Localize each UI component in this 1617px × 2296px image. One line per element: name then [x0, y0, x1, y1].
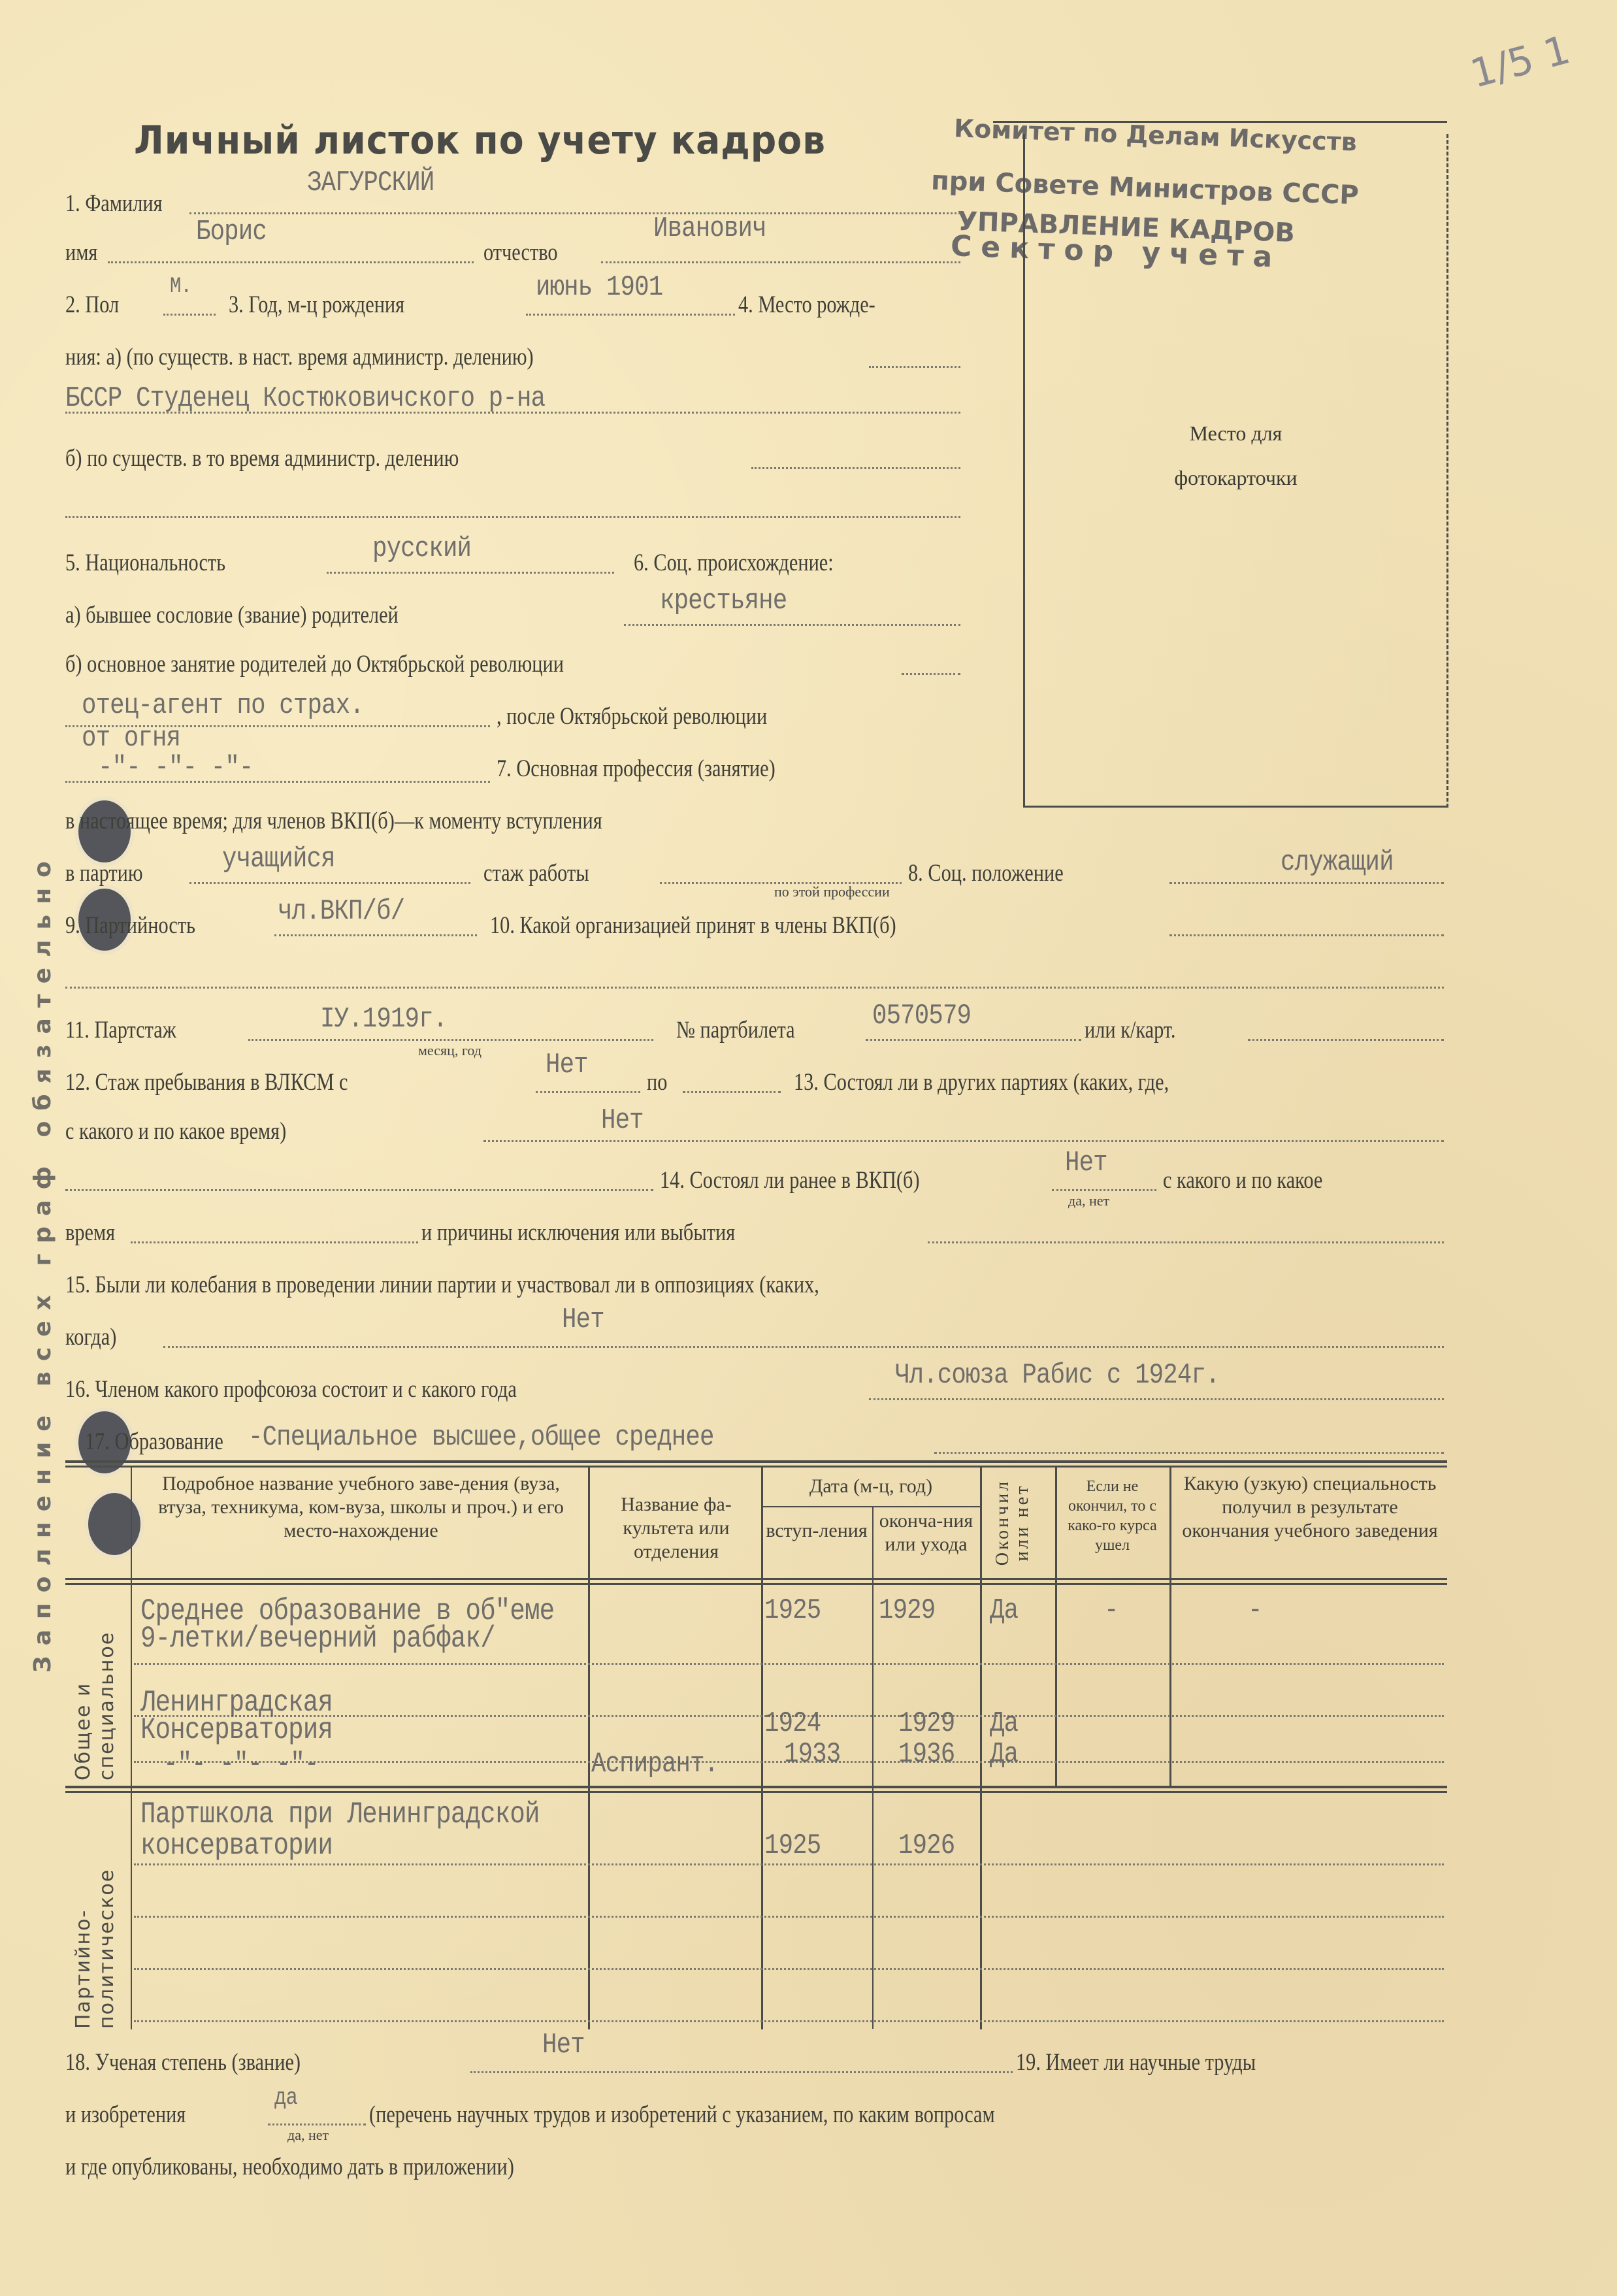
cell-entry: 1924 [764, 1707, 821, 1740]
header-exit: оконча-ния или ухода [875, 1509, 977, 1556]
section-label-political: Партийно-политическое [72, 1807, 119, 2029]
label-previous-vkpb-2: с какого и по какое [1163, 1166, 1322, 1194]
value-party-card: 0570579 [872, 1000, 971, 1032]
value-party: чл.ВКП/б/ [278, 895, 404, 928]
cell-finished: Да [990, 1738, 1018, 1771]
form-title: Личный листок по учету кадров [134, 118, 826, 163]
label-previous-vkpb: 14. Состоял ли ранее в ВКП(б) [660, 1166, 920, 1194]
label-previous-vkpb-3: время [65, 1219, 115, 1247]
value-parents-occupation-2: от огня [82, 722, 180, 755]
label-profession-2: в настоящее время; для членов ВКП(б)—к м… [65, 807, 602, 835]
label-party-card: № партбилета [676, 1016, 795, 1044]
label-estate: а) бывшее сословие (звание) родителей [65, 601, 399, 629]
photo-box: Место для фотокарточки [1023, 134, 1448, 808]
label-inventions-sub: да, нет [287, 2127, 329, 2144]
education-table: Подробное название учебного заве-дения (… [65, 1460, 1447, 2035]
label-patronymic: отчество [483, 238, 558, 267]
value-oppositions: Нет [562, 1304, 604, 1336]
cell-finished: Да [990, 1707, 1018, 1740]
label-komsomol: 12. Стаж пребывания в ВЛКСМ с [65, 1068, 348, 1096]
label-parents-occupation: б) основное занятие родителей до Октябрь… [65, 650, 564, 678]
label-trade-union: 16. Членом какого профсоюза состоит и с … [65, 1375, 517, 1403]
value-other-parties: Нет [601, 1104, 644, 1137]
value-after-revolution: -"- -"- -"- [98, 751, 253, 784]
label-profession: 7. Основная профессия (занятие) [497, 755, 776, 783]
value-trade-union: Чл.союза Рабис с 1924г. [895, 1359, 1220, 1392]
label-previous-vkpb-4: и причины исключения или выбытия [421, 1219, 735, 1247]
header-course-left: Если не окончил, то с како-го курса ушел [1058, 1477, 1166, 1555]
label-inventions: и изобретения [65, 2101, 186, 2129]
label-after-revolution: , после Октябрьской революции [497, 702, 767, 730]
value-previous-vkpb: Нет [1065, 1147, 1107, 1179]
value-sex: М. [170, 274, 191, 299]
cell-faculty: Аспирант. [591, 1748, 718, 1780]
label-party-tenure: 11. Партстаж [65, 1016, 176, 1044]
value-inventions: да [274, 2084, 297, 2111]
value-patronymic: Иванович [653, 212, 766, 245]
photo-box-line-2: фотокарточки [1025, 466, 1446, 490]
cell-entry: 1933 [784, 1738, 840, 1771]
value-name: Борис [196, 216, 267, 248]
label-komsomol-to: по [647, 1068, 667, 1096]
cell-entry: 1925 [764, 1829, 821, 1862]
corner-note: 1/5 1 [1466, 27, 1575, 97]
value-komsomol: Нет [546, 1049, 588, 1081]
cell-institution: Среднее образование в об"еме 9-летки/веч… [140, 1598, 574, 1652]
cell-exit: 1929 [898, 1707, 955, 1740]
section-label-general: Общее и специальное [72, 1584, 119, 1780]
label-sex: 2. Пол [65, 291, 119, 319]
label-social-status: 8. Соц. положение [908, 859, 1064, 887]
cell-specialty: - [1248, 1594, 1262, 1627]
cell-exit: 1926 [898, 1829, 955, 1862]
value-party-tenure: IУ.1919г. [320, 1003, 447, 1036]
label-birth-place-a: ния: а) (по существ. в наст. время админ… [65, 343, 534, 371]
cell-exit: 1929 [879, 1594, 935, 1627]
label-accepting-org: 10. Какой организацией принят в члены ВК… [490, 911, 896, 940]
value-nationality: русский [372, 533, 471, 565]
cell-institution: Ленинградская Консерватория [140, 1689, 529, 1744]
cell-exit: 1936 [898, 1738, 955, 1771]
value-academic-degree: Нет [542, 2029, 585, 2061]
label-work-experience: стаж работы [483, 859, 589, 887]
value-birth-date: июнь 1901 [536, 271, 662, 304]
document-page: 1/5 1 Заполнение всех граф обязательно Л… [0, 0, 1617, 2296]
label-oppositions: 15. Были ли колебания в проведении линии… [65, 1271, 819, 1299]
photo-box-line-1: Место для [1025, 421, 1446, 446]
label-nationality: 5. Национальность [65, 549, 225, 577]
label-oppositions-2: когда) [65, 1323, 116, 1351]
label-party-tenure-sub: месяц, год [418, 1042, 482, 1059]
label-inventions-3: (перечень научных трудов и изобретений с… [369, 2101, 995, 2129]
value-education: -Специальное высшее,общее среднее [248, 1421, 714, 1454]
label-scientific-works: 19. Имеет ли научные труды [1016, 2048, 1256, 2076]
header-entry: вступ-ления [764, 1519, 869, 1543]
label-birth-date: 3. Год, м-ц рождения [229, 291, 404, 319]
label-education: 17. Образование [85, 1428, 223, 1456]
cell-finished: Да [990, 1594, 1018, 1627]
label-previous-vkpb-sub: да, нет [1068, 1192, 1109, 1209]
header-faculty: Название фа-культета или отделения [595, 1493, 758, 1564]
label-profession-3: в партию [65, 859, 143, 887]
value-surname: ЗАГУРСКИЙ [307, 167, 434, 199]
header-date: Дата (м-ц, год) [763, 1475, 979, 1498]
label-other-parties: 13. Состоял ли в других партиях (каких, … [794, 1068, 1169, 1096]
side-note: Заполнение всех граф обязательно [29, 851, 56, 1673]
label-birth-place-b: б) по существ. в то время администр. дел… [65, 444, 459, 472]
header-institution: Подробное название учебного заве-дения (… [137, 1472, 585, 1543]
cell-entry: 1925 [764, 1594, 821, 1627]
label-academic-degree: 18. Ученая степень (звание) [65, 2048, 301, 2076]
cell-course-left: - [1104, 1594, 1119, 1627]
cell-institution: -"- -"- -"- [163, 1748, 319, 1780]
value-estate: крестьяне [660, 585, 787, 617]
value-birth-place-a: БССР Студенец Костюковичского р-на [65, 382, 545, 415]
label-social-origin: 6. Соц. происхождение: [634, 549, 834, 577]
header-specialty: Какую (узкую) специальность получил в ре… [1176, 1472, 1444, 1543]
header-finished: Окончил или нет [993, 1470, 1032, 1575]
label-candidate-card: или к/карт. [1085, 1016, 1175, 1044]
cell-institution: Партшкола при Ленинградской консерватори… [140, 1799, 540, 1861]
label-name: имя [65, 238, 97, 267]
label-inventions-4: и где опубликованы, необходимо дать в пр… [65, 2153, 514, 2181]
label-surname: 1. Фамилия [65, 189, 163, 218]
value-social-status: служащий [1281, 846, 1394, 879]
value-parents-occupation-1: отец-агент по страх. [82, 689, 364, 722]
label-other-parties-2: с какого и по какое время) [65, 1117, 286, 1145]
label-party: 9. Партийность [65, 911, 195, 940]
value-profession: учащийся [222, 843, 335, 876]
label-birth-place: 4. Место рожде- [738, 291, 875, 319]
label-work-experience-sub: по этой профессии [774, 883, 890, 900]
